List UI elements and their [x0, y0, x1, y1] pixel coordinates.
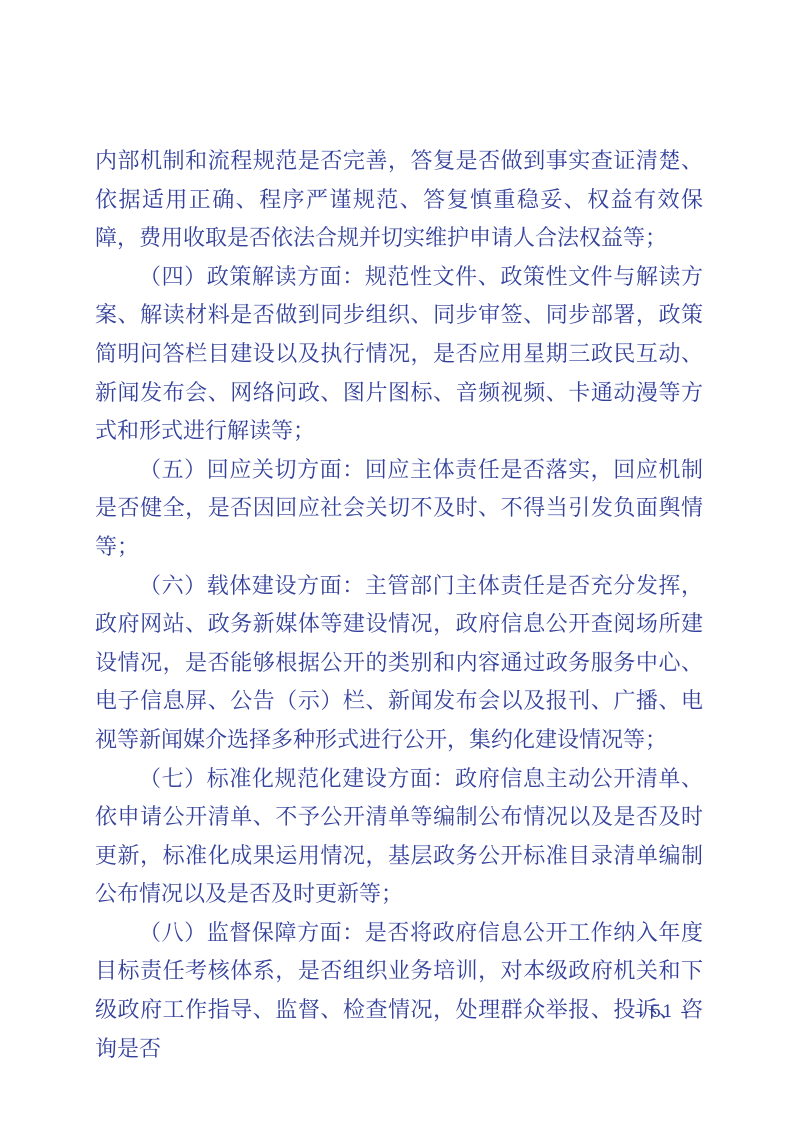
- paragraph-continuation: 内部机制和流程规范是否完善，答复是否做到事实查证清楚、依据适用正确、程序严谨规范…: [95, 142, 703, 258]
- paragraph-item-4: （四）政策解读方面：规范性文件、政策性文件与解读方案、解读材料是否做到同步组织、…: [95, 258, 703, 451]
- document-body: 内部机制和流程规范是否完善，答复是否做到事实查证清楚、依据适用正确、程序严谨规范…: [95, 142, 703, 1068]
- document-page: 内部机制和流程规范是否完善，答复是否做到事实查证清楚、依据适用正确、程序严谨规范…: [0, 0, 793, 1122]
- page-footer: – 51 –: [635, 1002, 690, 1022]
- paragraph-item-5: （五）回应关切方面：回应主体责任是否落实，回应机制是否健全，是否因回应社会关切不…: [95, 451, 703, 567]
- paragraph-item-8: （八）监督保障方面：是否将政府信息公开工作纳入年度目标责任考核体系，是否组织业务…: [95, 914, 703, 1068]
- paragraph-item-6: （六）载体建设方面：主管部门主体责任是否充分发挥，政府网站、政务新媒体等建设情况…: [95, 567, 703, 760]
- paragraph-item-7: （七）标准化规范化建设方面：政府信息主动公开清单、依申请公开清单、不予公开清单等…: [95, 760, 703, 914]
- page-number: – 51 –: [635, 1002, 690, 1022]
